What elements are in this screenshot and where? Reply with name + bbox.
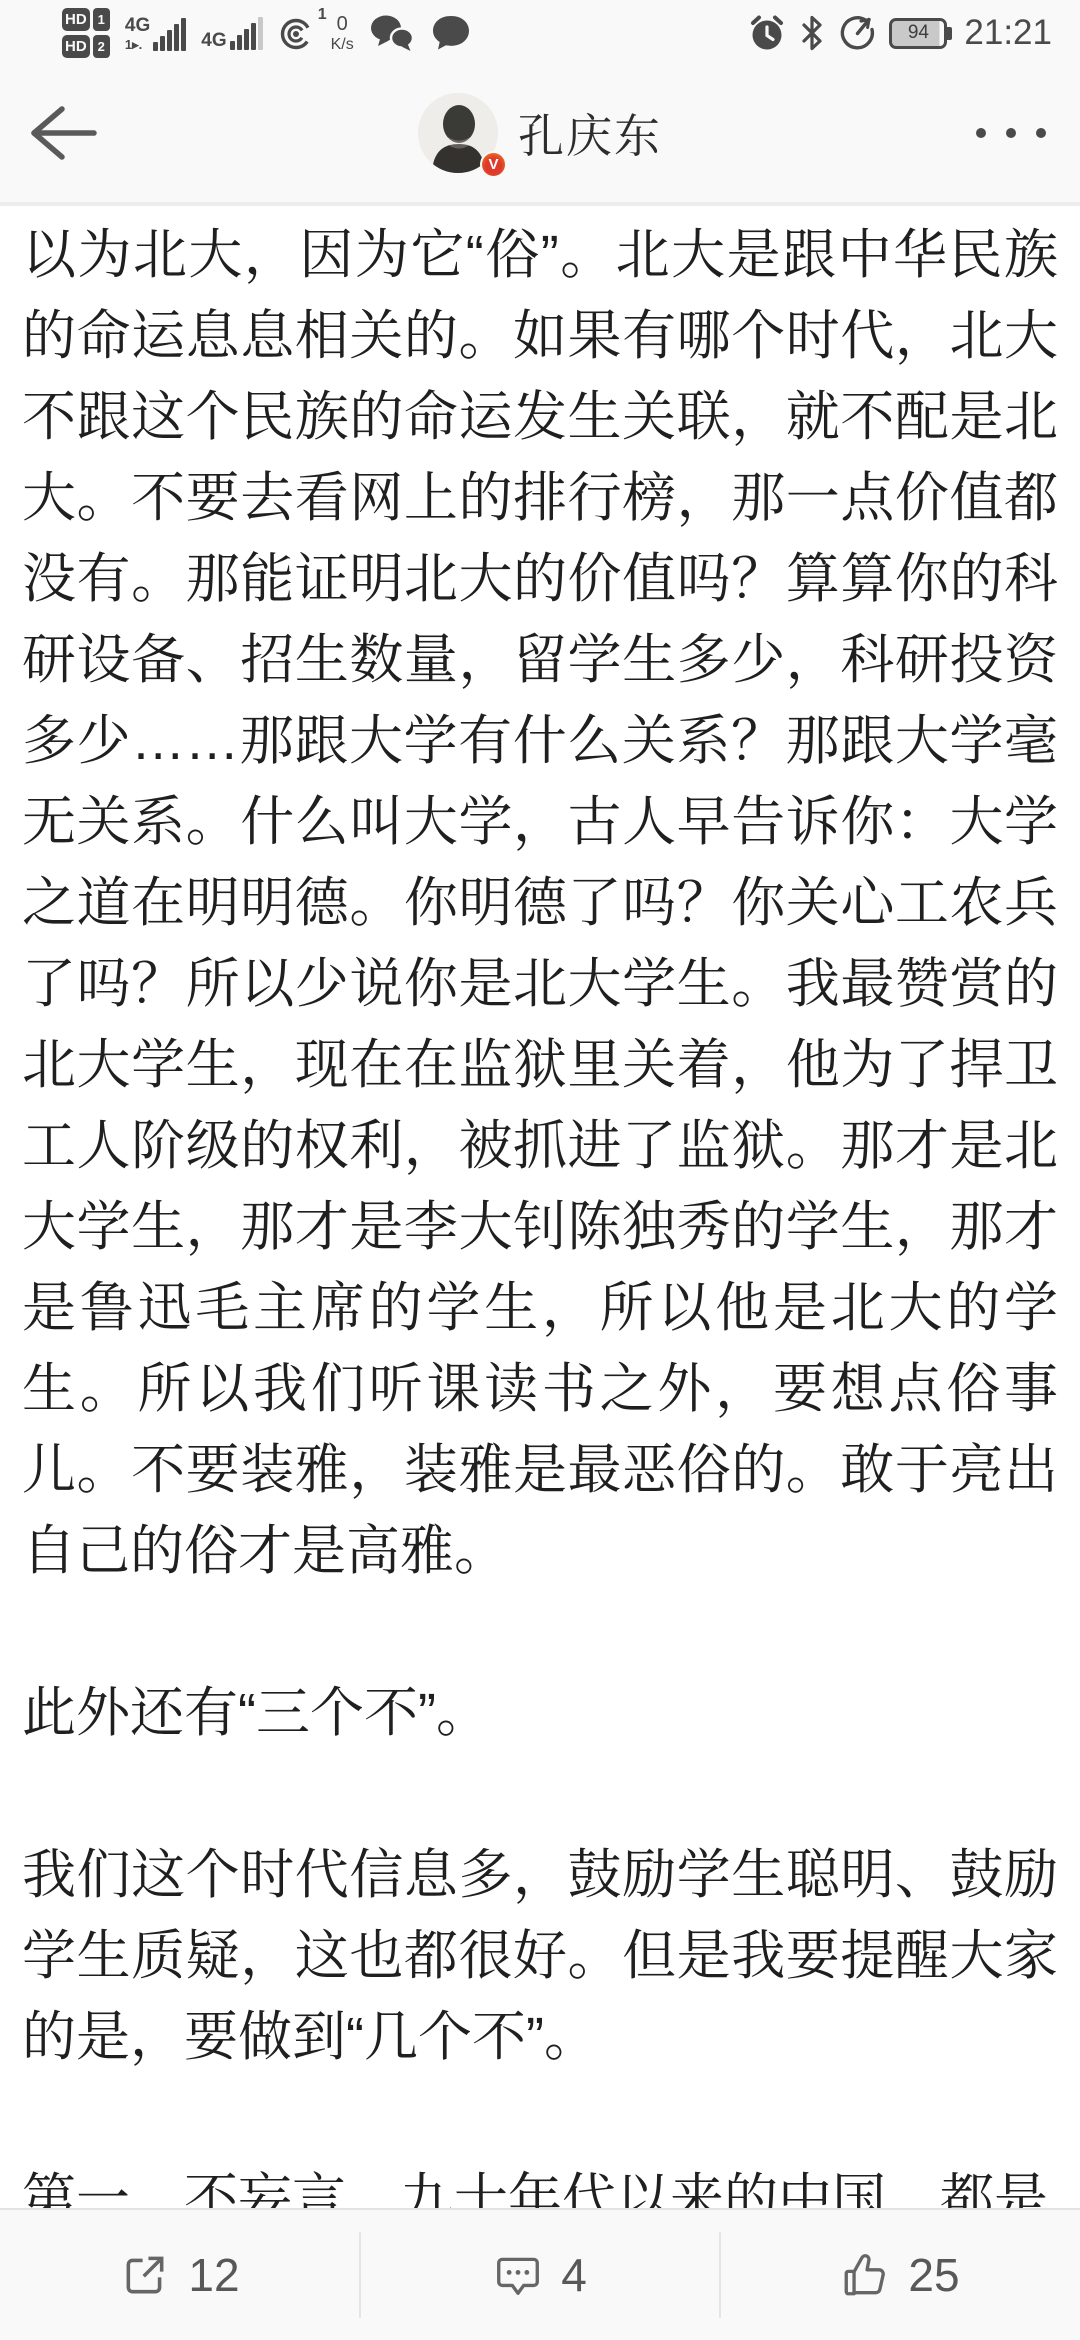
dot-icon <box>1006 128 1016 138</box>
hotspot-count: 1 <box>318 6 327 24</box>
comment-count: 4 <box>561 2248 587 2302</box>
comment-button[interactable]: 4 <box>360 2210 720 2340</box>
wechat-icon <box>369 14 415 52</box>
share-count: 12 <box>188 2248 239 2302</box>
volte-hd-badges: HD 1 HD 2 <box>62 8 110 58</box>
alarm-icon <box>748 14 786 52</box>
sim2-signal: 4G <box>201 17 262 50</box>
status-right-cluster: 94 21:21 <box>748 13 1052 53</box>
share-icon <box>120 2250 170 2300</box>
status-left-cluster: HD 1 HD 2 4G 1▸. 4G <box>62 8 472 58</box>
bluetooth-icon <box>799 14 825 52</box>
avatar[interactable]: V <box>418 93 498 173</box>
hd-sim1-badge: HD 1 <box>62 8 110 31</box>
dot-icon <box>976 128 986 138</box>
more-menu-button[interactable] <box>976 128 1046 138</box>
sim1-data-indicator: 1▸. <box>125 38 142 51</box>
article-body: 以为北大，因为它“俗”。北大是跟中华民族的命运息息相关的。如果有哪个时代，北大不… <box>0 206 1080 2321</box>
sim2-network-type: 4G <box>201 31 226 50</box>
screen: HD 1 HD 2 4G 1▸. 4G <box>0 0 1080 2340</box>
like-icon <box>840 2250 890 2300</box>
like-button[interactable]: 25 <box>720 2210 1080 2340</box>
message-bubble-icon <box>430 14 472 52</box>
network-speed: 0 K/s <box>331 14 354 53</box>
dot-icon <box>1036 128 1046 138</box>
sim1-network-type: 4G <box>125 16 150 35</box>
share-button[interactable]: 12 <box>0 2210 360 2340</box>
battery-level: 94 <box>908 22 929 44</box>
page-title: 孔庆东 <box>518 100 662 166</box>
signal-bars-icon <box>153 18 186 51</box>
hd-icon: HD <box>62 35 90 58</box>
sim2-number: 2 <box>93 35 110 58</box>
back-button[interactable] <box>24 102 100 164</box>
hd-icon: HD <box>62 8 90 31</box>
clock-time: 21:21 <box>964 13 1052 53</box>
like-count: 25 <box>908 2248 959 2302</box>
bottom-action-bar: 12 4 25 <box>0 2208 1080 2340</box>
paragraph: 此外还有“三个不”。 <box>22 1673 1058 1754</box>
sim1-signal: 4G 1▸. <box>125 16 186 51</box>
verified-badge: V <box>480 151 507 178</box>
speed-value: 0 <box>337 14 348 34</box>
hd-sim2-badge: HD 2 <box>62 35 110 58</box>
sim1-number: 1 <box>93 8 110 31</box>
paragraph: 我们这个时代信息多，鼓励学生聪明、鼓励学生质疑，这也都很好。但是我要提醒大家的是… <box>22 1835 1058 2078</box>
status-bar: HD 1 HD 2 4G 1▸. 4G <box>0 0 1080 64</box>
hotspot-icon: 1 <box>278 14 316 52</box>
profile-title[interactable]: V 孔庆东 <box>418 64 662 202</box>
header: V 孔庆东 <box>0 64 1080 206</box>
battery-indicator: 94 <box>889 18 947 49</box>
signal-bars-icon <box>230 17 263 50</box>
paragraph: 以为北大，因为它“俗”。北大是跟中华民族的命运息息相关的。如果有哪个时代，北大不… <box>22 215 1058 1592</box>
speed-unit: K/s <box>331 37 354 53</box>
comment-icon <box>493 2250 543 2300</box>
power-mode-icon <box>838 14 876 52</box>
